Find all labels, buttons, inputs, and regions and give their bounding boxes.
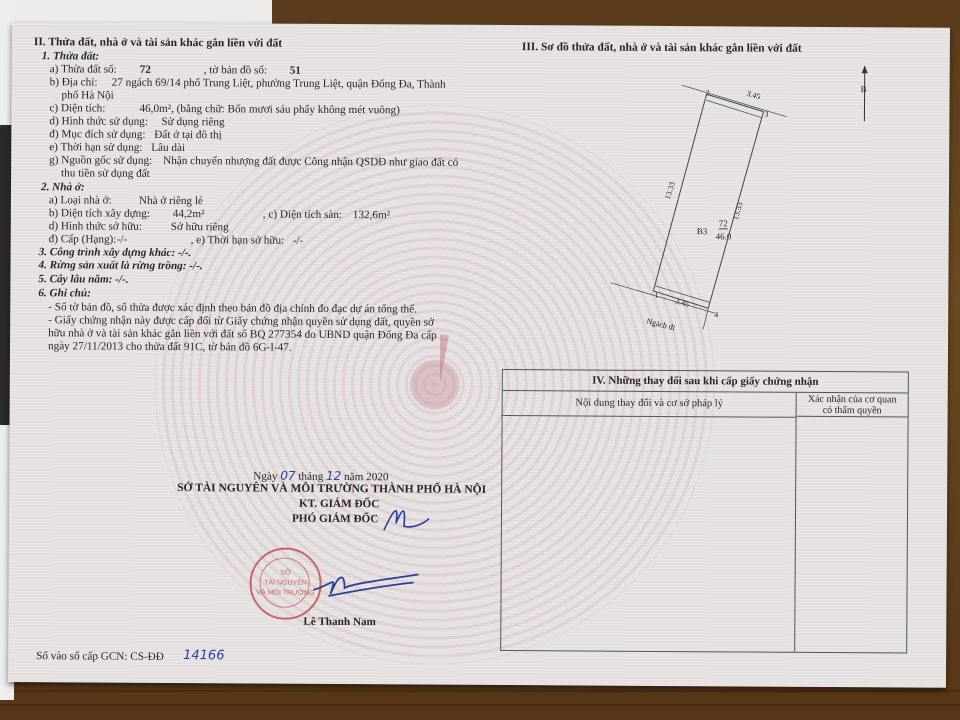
notes-heading: 6. Ghi chú: — [38, 287, 91, 301]
initial-mark-icon — [374, 498, 434, 538]
parcel-number: 72 — [719, 218, 728, 229]
zone-label: B3 — [697, 225, 708, 238]
ownership-value: Sở hữu riêng — [171, 221, 229, 235]
own-term-label: , e) Thời hạn sở hữu: — [191, 234, 285, 248]
changes-column-header: Nội dung thay đổi và cơ sở pháp lý — [503, 391, 797, 418]
changes-table: IV. Những thay đổi sau khi cấp giấy chứn… — [500, 369, 909, 653]
other-construction: 3. Công trình xây dựng khác: -/-. — [39, 246, 192, 260]
house-heading: 2. Nhà ở: — [41, 181, 85, 194]
signature-icon — [308, 564, 428, 605]
parcel-label: a) Thửa đất số: — [50, 63, 117, 77]
point-2: 2 — [706, 86, 710, 99]
house-type-label: a) Loại nhà ở: — [49, 194, 112, 208]
floor-area-value: 132,6m² — [353, 209, 390, 222]
registry-number: 14166 — [183, 649, 224, 662]
month-label: tháng — [298, 471, 323, 483]
term-label: e) Thời hạn sử dụng: — [49, 141, 142, 155]
build-area-value: 44,2m² — [173, 208, 205, 221]
term-value: Lâu dài — [151, 142, 185, 155]
map-label: , tờ bản đồ số: — [204, 64, 267, 78]
map-value: 51 — [290, 65, 301, 78]
usage-form-value: Sử dụng riêng — [161, 116, 224, 130]
origin-line2: thu tiền sử dụng đất — [61, 167, 150, 181]
parcel-area: 46.0 — [716, 230, 732, 243]
address-label: b) Địa chỉ: — [50, 76, 98, 89]
land-heading: 1. Thửa đất: — [42, 50, 99, 64]
date-month: 12 — [326, 469, 341, 483]
section-iii-title: III. Sơ đồ thửa đất, nhà ở và tài sản kh… — [522, 41, 802, 56]
house-type-value: Nhà ở riêng lẻ — [139, 195, 203, 209]
signer-name: Lê Thanh Nam — [303, 616, 376, 630]
section-iv-title: IV. Những thay đổi sau khi cấp giấy chứn… — [503, 370, 908, 393]
point-1: 1 — [654, 289, 658, 302]
date-prefix: Ngày — [253, 470, 277, 482]
registry-label: Số vào sổ cấp GCN: CS-ĐĐ — [36, 650, 164, 664]
north-label: B — [861, 83, 867, 96]
point-4: 4 — [714, 308, 718, 321]
authority-column-header: Xác nhận của cơ quan có thẩm quyền — [797, 393, 908, 418]
land-use-certificate: II. Thửa đất, nhà ở và tài sản khác gắn … — [8, 22, 950, 688]
date-day: 07 — [280, 469, 295, 483]
purpose-label: đ) Mục đích sử dụng: — [49, 128, 145, 142]
parcel-value: 72 — [140, 64, 151, 77]
forest: 4. Rừng sản xuất là rừng trồng: -/-. — [38, 259, 202, 273]
perennial: 5. Cây lâu năm: -/-. — [38, 273, 128, 287]
grade-value: -/- — [117, 234, 128, 247]
signer-role1: KT. GIÁM ĐỐC — [299, 498, 379, 512]
point-3: 3 — [764, 108, 768, 121]
floor-area-label: , c) Diện tích sàn: — [263, 209, 342, 223]
year-label: năm 2020 — [344, 471, 389, 483]
authority-header-line1: Xác nhận của cơ quan — [797, 394, 908, 406]
address-line1: 27 ngách 69/14 phố Trung Liệt, phường Tr… — [112, 77, 446, 92]
ownership-label: d) Hình thức sở hữu: — [49, 220, 142, 234]
drum-star-watermark — [389, 334, 490, 435]
signer-role2: PHÓ GIÁM ĐỐC — [292, 513, 378, 527]
usage-form-label: d) Hình thức sử dụng: — [49, 115, 148, 129]
origin-label: g) Nguồn gốc sử dụng: — [49, 154, 152, 168]
grade-label: đ) Cấp (Hạng): — [49, 233, 117, 247]
address-line2: phố Hà Nội — [62, 89, 114, 103]
build-area-label: b) Diện tích xây dựng: — [49, 207, 150, 221]
own-term-value: -/- — [293, 235, 304, 248]
authority-header-line2: có thẩm quyền — [797, 405, 908, 417]
area-label: c) Diện tích: — [49, 102, 105, 116]
note-line4: ngày 27/11/2013 cho thửa đất 91C, tờ bản… — [48, 340, 292, 355]
issuing-agency: SỞ TÀI NGUYÊN VÀ MÔI TRƯỜNG THÀNH PHỐ HÀ… — [177, 482, 486, 497]
table-column-divider — [794, 418, 796, 652]
origin-line1: Nhận chuyển nhượng đất được Công nhận QS… — [163, 155, 458, 170]
section-ii-title: II. Thửa đất, nhà ở và tài sản khác gắn … — [34, 36, 282, 51]
purpose-value: Đất ở tại đô thị — [154, 129, 222, 143]
